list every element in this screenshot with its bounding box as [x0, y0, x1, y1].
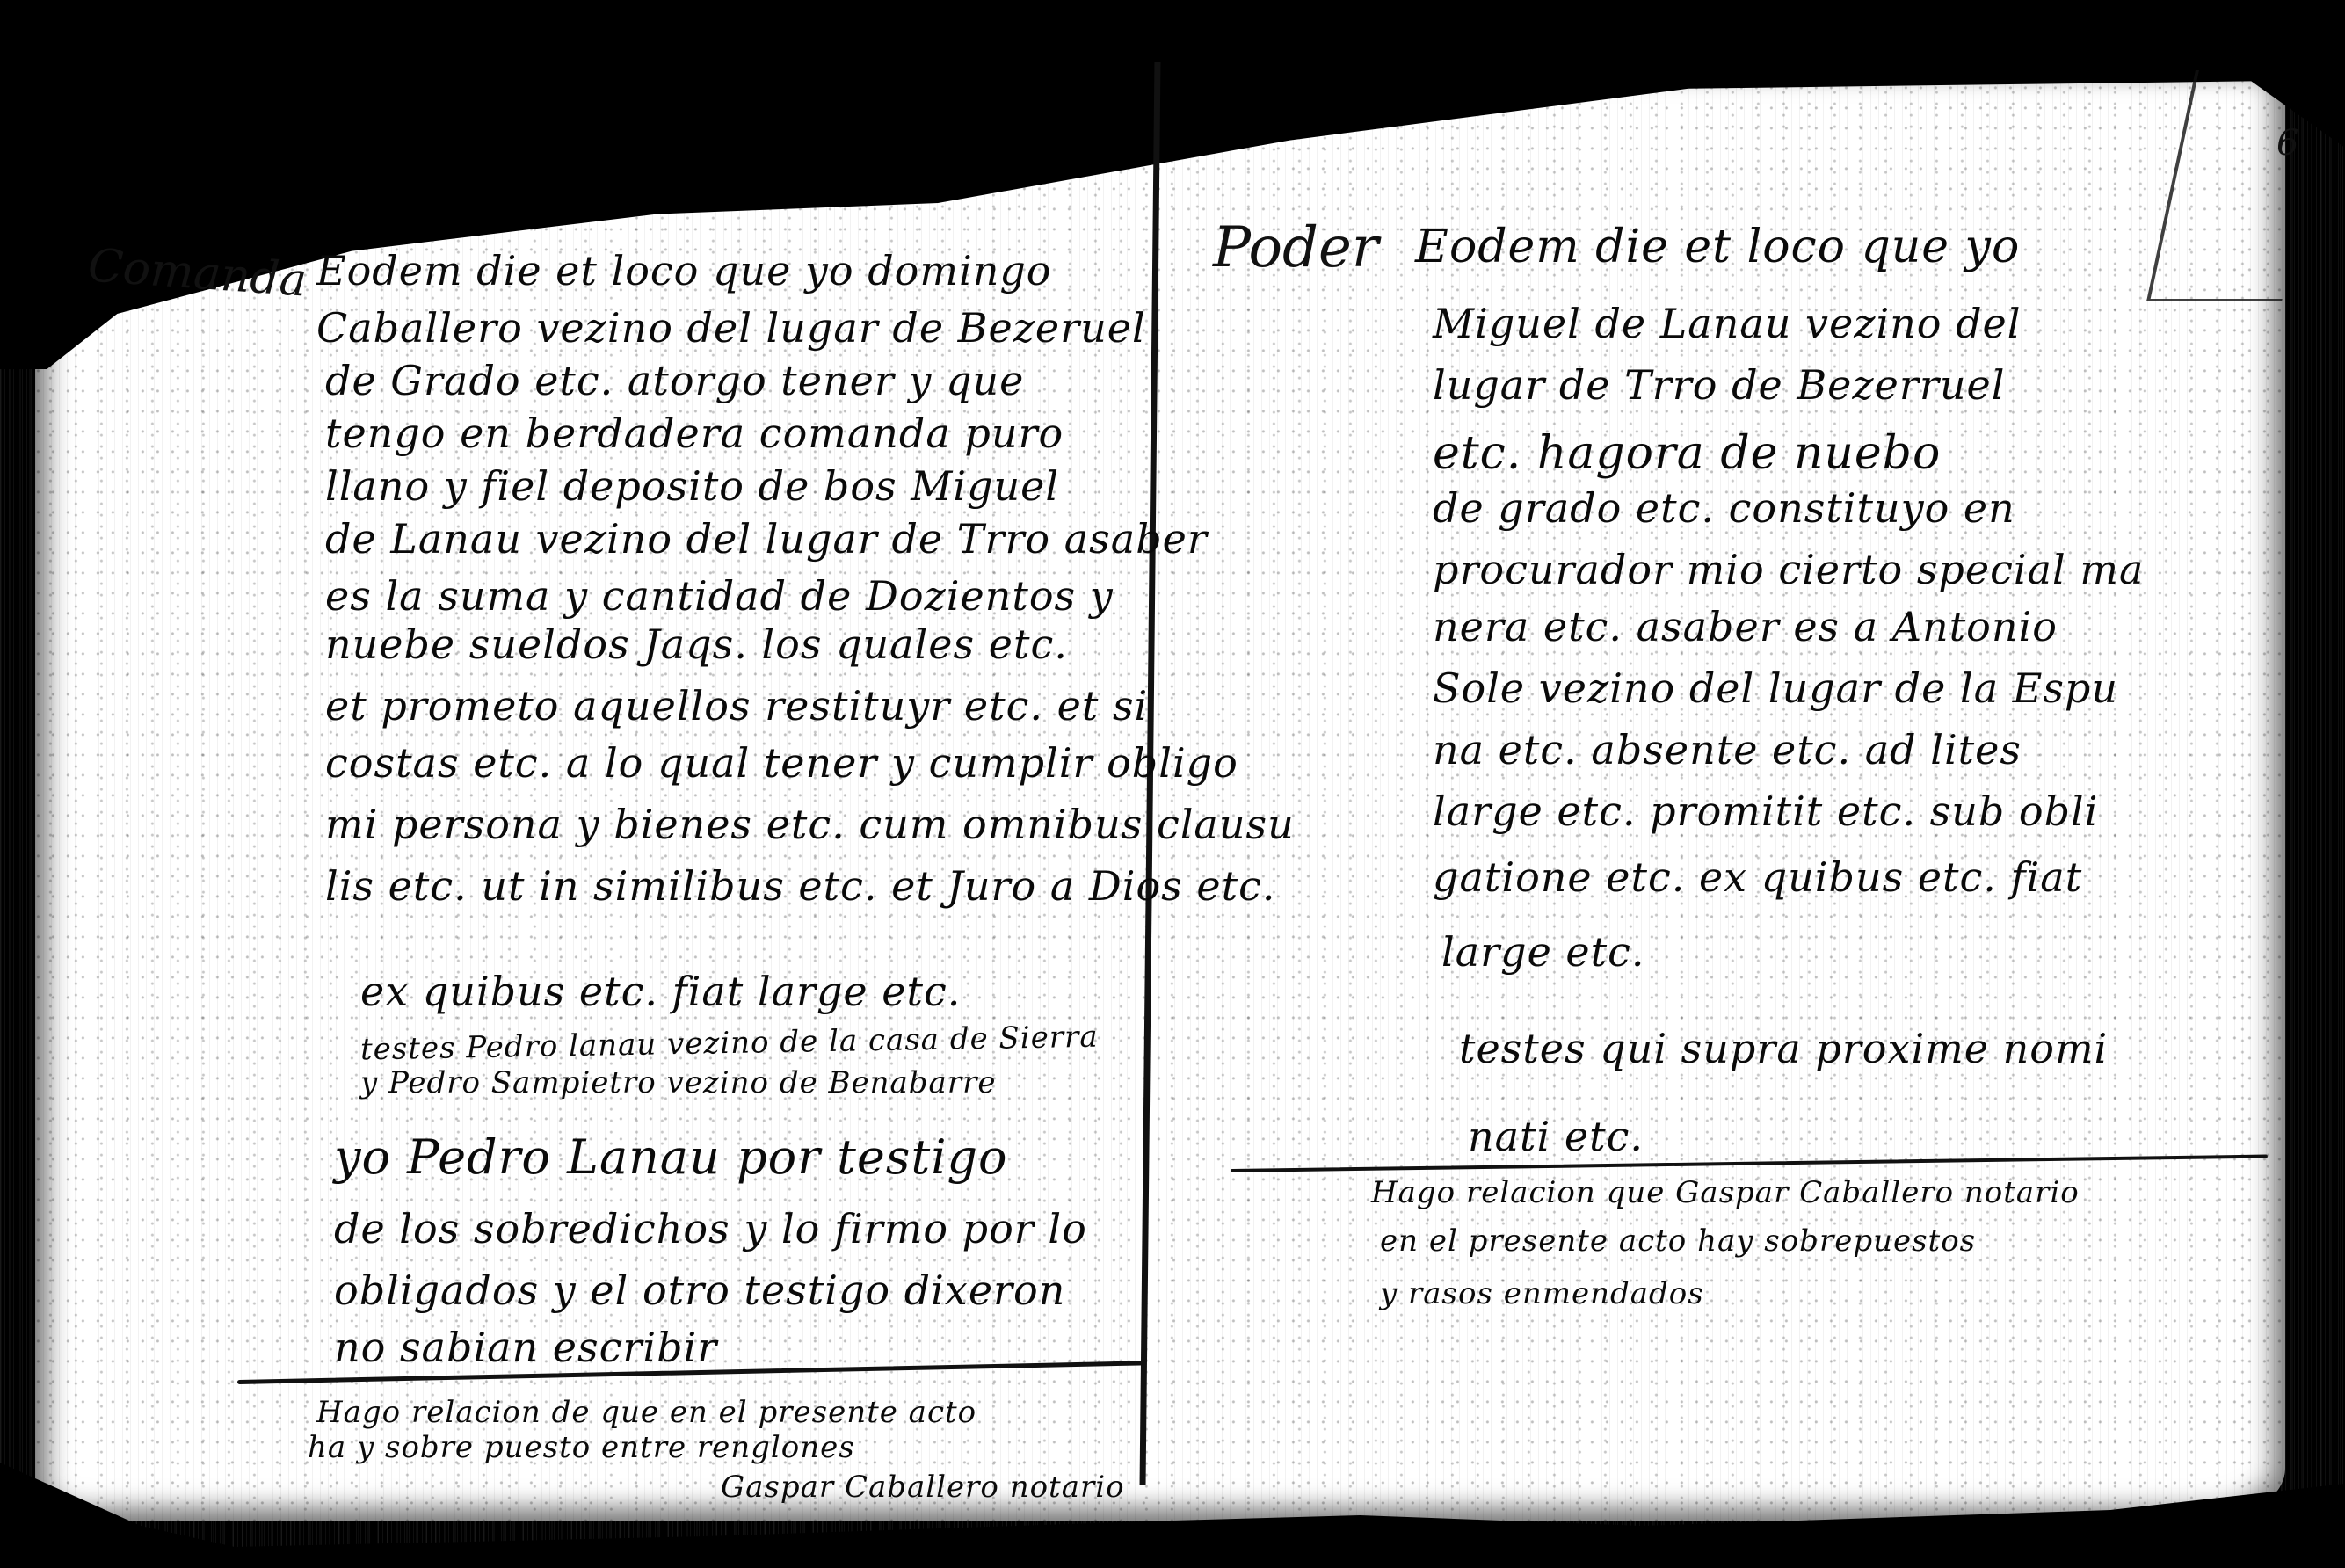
text-line: procurador mio cierto special ma	[1433, 549, 2144, 590]
text-line: et prometo aquellos restituyr etc. et si	[325, 686, 1148, 726]
text-line: ha y sobre puesto entre renglones	[308, 1433, 855, 1463]
margin-label-comanda: Comanda	[86, 243, 308, 303]
text-line: mi persona y bienes etc. cum omnibus cla…	[325, 804, 1295, 845]
text-line: en el presente acto hay sobrepuestos	[1380, 1226, 1976, 1256]
text-line: large etc. promitit etc. sub obli	[1433, 791, 2098, 831]
left-page: Comanda Eodem die et loco que yo domingo…	[70, 0, 1143, 1494]
text-line: costas etc. a lo qual tener y cumplir ob…	[325, 743, 1238, 783]
text-line: yo Pedro Lanau por testigo	[334, 1134, 1008, 1181]
text-line: Caballero vezino del lugar de Bezeruel	[316, 308, 1146, 348]
text-line: testes qui supra proxime nomi	[1459, 1028, 2108, 1069]
separator-rule	[1231, 1155, 2268, 1172]
text-line: nuebe sueldos Jaqs. los quales etc.	[325, 624, 1068, 664]
text-line: y rasos enmendados	[1380, 1279, 1704, 1309]
text-line: de los sobredichos y lo firmo por lo	[334, 1209, 1087, 1249]
text-line: de Lanau vezino del lugar de Trro asaber	[325, 519, 1208, 559]
text-line: large etc.	[1441, 932, 1645, 972]
right-page: Poder Eodem die et loco que yo Miguel de…	[1169, 0, 2312, 1494]
text-line: de grado etc. constituyo en	[1433, 488, 2015, 528]
text-line: es la suma y cantidad de Dozientos y	[325, 576, 1114, 616]
text-line: etc. hagora de nuebo	[1433, 431, 1941, 476]
text-line: tengo en berdadera comanda puro	[325, 413, 1064, 454]
text-line: Eodem die et loco que yo domingo	[316, 250, 1051, 291]
text-line: de Grado etc. atorgo tener y que	[325, 360, 1024, 401]
text-line: obligados y el otro testigo dixeron	[334, 1270, 1065, 1310]
notary-signature: Gaspar Caballero notario	[721, 1472, 1125, 1502]
text-line: nati etc.	[1468, 1116, 1644, 1157]
text-line: lugar de Trro de Bezerruel	[1433, 365, 2005, 405]
text-line: Sole vezino del lugar de la Espu	[1433, 668, 2118, 708]
text-line: ex quibus etc. fiat large etc.	[360, 971, 961, 1012]
text-line: y Pedro Sampietro vezino de Benabarre	[360, 1068, 996, 1098]
margin-label-poder: Poder	[1213, 220, 1378, 276]
text-line: testes Pedro lanau vezino de la casa de …	[360, 1022, 1099, 1065]
text-line: Hago relacion que Gaspar Caballero notar…	[1371, 1178, 2080, 1208]
text-line: na etc. absente etc. ad lites	[1433, 730, 2022, 770]
text-line: Miguel de Lanau vezino del	[1433, 303, 2021, 344]
text-line: Eodem die et loco que yo	[1415, 224, 2020, 270]
text-line: Hago relacion de que en el presente acto	[316, 1397, 976, 1427]
text-line: no sabian escribir	[334, 1327, 717, 1368]
text-line: llano y fiel deposito de bos Miguel	[325, 466, 1059, 506]
text-line: lis etc. ut in similibus etc. et Juro a …	[325, 866, 1276, 906]
text-line: gatione etc. ex quibus etc. fiat	[1433, 857, 2082, 897]
text-line: nera etc. asaber es a Antonio	[1433, 606, 2058, 647]
